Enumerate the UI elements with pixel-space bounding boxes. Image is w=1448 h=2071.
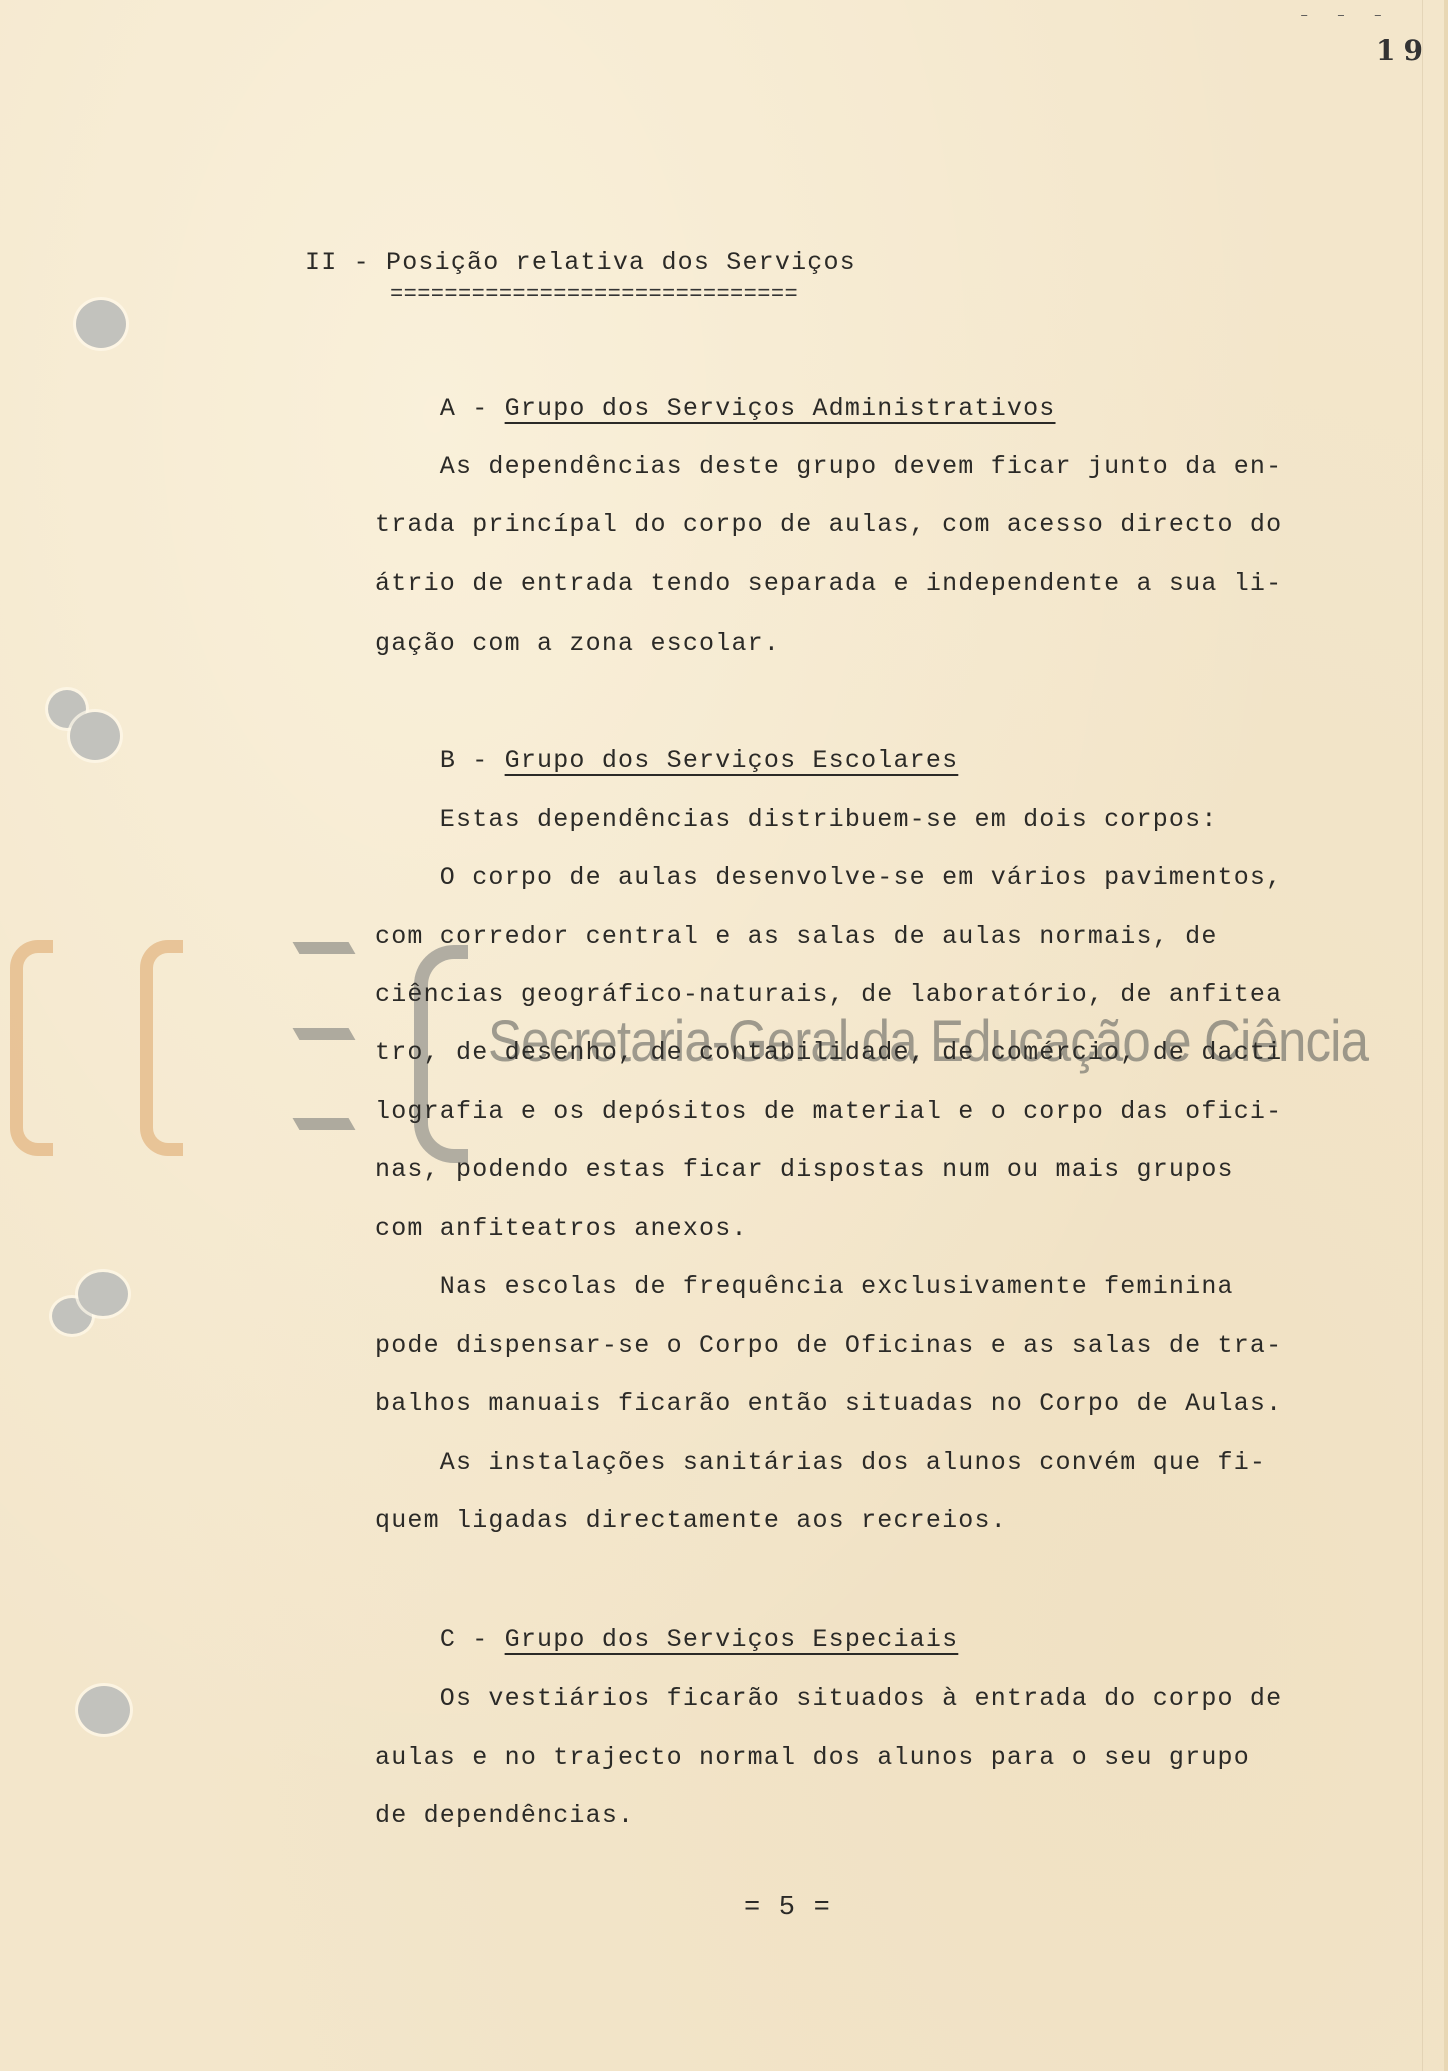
watermark-logo-s-icon <box>10 940 53 1156</box>
punch-hole-icon <box>78 1686 130 1734</box>
paragraph-line: balhos manuais ficarão então situadas no… <box>375 1389 1282 1418</box>
paragraph-line: As instalações sanitárias dos alunos con… <box>375 1448 1266 1477</box>
subsection-a-letter: A - <box>440 394 489 423</box>
punch-hole-icon <box>70 712 120 760</box>
section-heading: II - Posição relativa dos Serviços <box>305 248 856 277</box>
paragraph-line: trada princípal do corpo de aulas, com a… <box>375 510 1282 539</box>
paragraph-line: nas, podendo estas ficar dispostas num o… <box>375 1155 1234 1184</box>
punch-hole-icon <box>76 300 126 348</box>
document-page: – – – 19 Secretaria-Geral da Educação e … <box>0 0 1448 2071</box>
paragraph-line: de dependências. <box>375 1801 634 1830</box>
paragraph-line: pode dispensar-se o Corpo de Oficinas e … <box>375 1331 1282 1360</box>
subsection-c-letter: C - <box>440 1625 489 1654</box>
paragraph-line: lografia e os depósitos de material e o … <box>375 1097 1282 1126</box>
punch-hole-icon <box>78 1272 128 1316</box>
subsection-a-heading: A - Grupo dos Serviços Administrativos <box>375 365 1056 452</box>
heading-double-rule: ============================== <box>390 282 798 307</box>
paragraph-line: Estas dependências distribuem-se em dois… <box>375 805 1218 834</box>
paragraph-line: As dependências deste grupo devem ficar … <box>375 452 1282 481</box>
paragraph-line: com corredor central e as salas de aulas… <box>375 922 1218 951</box>
footer-page-marker: = 5 = <box>744 1893 831 1923</box>
top-marks: – – – <box>1300 8 1392 24</box>
paragraph-line: tro, de desenho, de contabilidade, de co… <box>375 1038 1282 1067</box>
paragraph-line: quem ligadas directamente aos recreios. <box>375 1506 1007 1535</box>
watermark-logo-bar-icon <box>293 1118 356 1130</box>
paragraph-line: Os vestiários ficarão situados à entrada… <box>375 1684 1282 1713</box>
paper-edge <box>1444 0 1448 2071</box>
watermark-logo-g-icon <box>140 940 183 1156</box>
subsection-b-heading: B - Grupo dos Serviços Escolares <box>375 717 958 804</box>
page-number: 19 <box>1376 34 1431 67</box>
subsection-b-title: Grupo dos Serviços Escolares <box>505 746 959 775</box>
paragraph-line: átrio de entrada tendo separada e indepe… <box>375 569 1282 598</box>
paragraph-line: ciências geográfico-naturais, de laborat… <box>375 980 1282 1009</box>
subsection-c-heading: C - Grupo dos Serviços Especiais <box>375 1596 958 1683</box>
paragraph-line: com anfiteatros anexos. <box>375 1214 748 1243</box>
paper-fold-line <box>1422 0 1423 2071</box>
subsection-b-letter: B - <box>440 746 489 775</box>
paragraph-line: O corpo de aulas desenvolve-se em vários… <box>375 863 1282 892</box>
paragraph-line: aulas e no trajecto normal dos alunos pa… <box>375 1743 1250 1772</box>
watermark-logo-bar-icon <box>293 1028 356 1040</box>
subsection-c-title: Grupo dos Serviços Especiais <box>505 1625 959 1654</box>
subsection-a-title: Grupo dos Serviços Administrativos <box>505 394 1056 423</box>
paragraph-line: gação com a zona escolar. <box>375 629 780 658</box>
paragraph-line: Nas escolas de frequência exclusivamente… <box>375 1272 1234 1301</box>
watermark-logo-bar-icon <box>293 942 356 954</box>
